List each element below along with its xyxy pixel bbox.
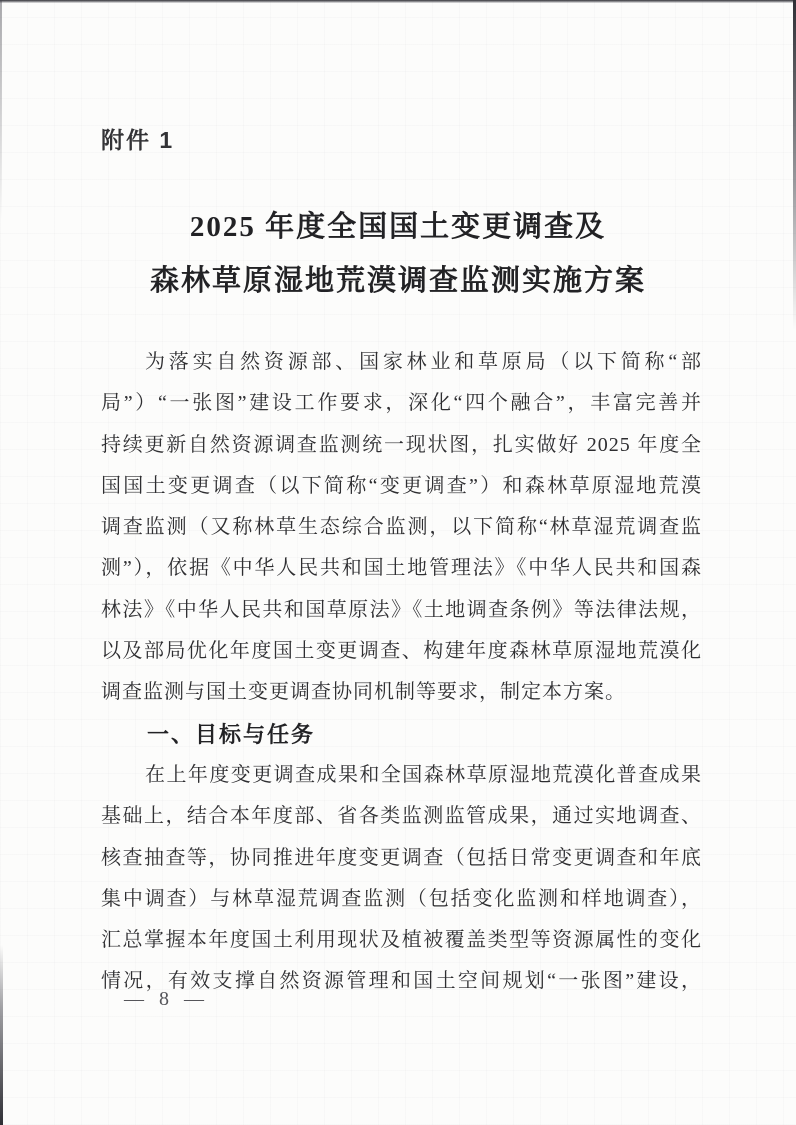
scan-edge-top (0, 0, 796, 3)
paragraph-line: 为落实自然资源部、国家林业和草原局（以下简称“部 (101, 342, 702, 383)
paragraph-line: 基础上，结合本年度部、省各类监测监管成果，通过实地调查、 (101, 796, 702, 837)
paragraph-line: 以及部局优化年度国土变更调查、构建年度森林草原湿地荒漠化 (101, 631, 702, 672)
paragraph-intro: 为落实自然资源部、国家林业和草原局（以下简称“部 局”）“一张图”建设工作要求，… (101, 342, 702, 714)
title-line-2: 森林草原湿地荒漠调查监测实施方案 (0, 254, 796, 308)
section-heading-goals-and-tasks: 一、目标与任务 (101, 714, 702, 755)
paragraph-line: 在上年度变更调查成果和全国森林草原湿地荒漠化普查成果 (101, 755, 702, 796)
scan-edge-left-bottom (0, 945, 3, 1125)
scan-edge-left-top (0, 0, 2, 220)
page-number: — 8 — (124, 988, 209, 1011)
title-line-1: 2025 年度全国国土变更调查及 (0, 200, 796, 254)
scanned-document-page: 附件 1 2025 年度全国国土变更调查及 森林草原湿地荒漠调查监测实施方案 为… (0, 0, 796, 1125)
paragraph-line: 林法》《中华人民共和国草原法》《土地调查条例》等法律法规， (101, 590, 702, 631)
paragraph-line: 集中调查）与林草湿荒调查监测（包括变化监测和样地调查）， (101, 879, 702, 920)
paragraph-line: 测”），依据《中华人民共和国土地管理法》《中华人民共和国森 (101, 548, 702, 589)
document-title: 2025 年度全国国土变更调查及 森林草原湿地荒漠调查监测实施方案 (0, 200, 796, 308)
paragraph-line: 调查监测与国土变更调查协同机制等要求，制定本方案。 (101, 672, 702, 713)
paragraph-line: 局”）“一张图”建设工作要求，深化“四个融合”，丰富完善并 (101, 383, 702, 424)
paragraph-line: 国国土变更调查（以下简称“变更调查”）和森林草原湿地荒漠 (101, 466, 702, 507)
attachment-label: 附件 1 (101, 122, 174, 155)
paragraph-goals: 在上年度变更调查成果和全国森林草原湿地荒漠化普查成果 基础上，结合本年度部、省各… (101, 755, 702, 1003)
paragraph-line: 汇总掌握本年度国土利用现状及植被覆盖类型等资源属性的变化 (101, 920, 702, 961)
paragraph-line: 调查监测（又称林草生态综合监测，以下简称“林草湿荒调查监 (101, 507, 702, 548)
paragraph-line: 核查抽查等，协同推进年度变更调查（包括日常变更调查和年底 (101, 838, 702, 879)
document-body: 为落实自然资源部、国家林业和草原局（以下简称“部 局”）“一张图”建设工作要求，… (101, 342, 702, 1003)
paragraph-line: 持续更新自然资源调查监测统一现状图，扎实做好 2025 年度全 (101, 425, 702, 466)
